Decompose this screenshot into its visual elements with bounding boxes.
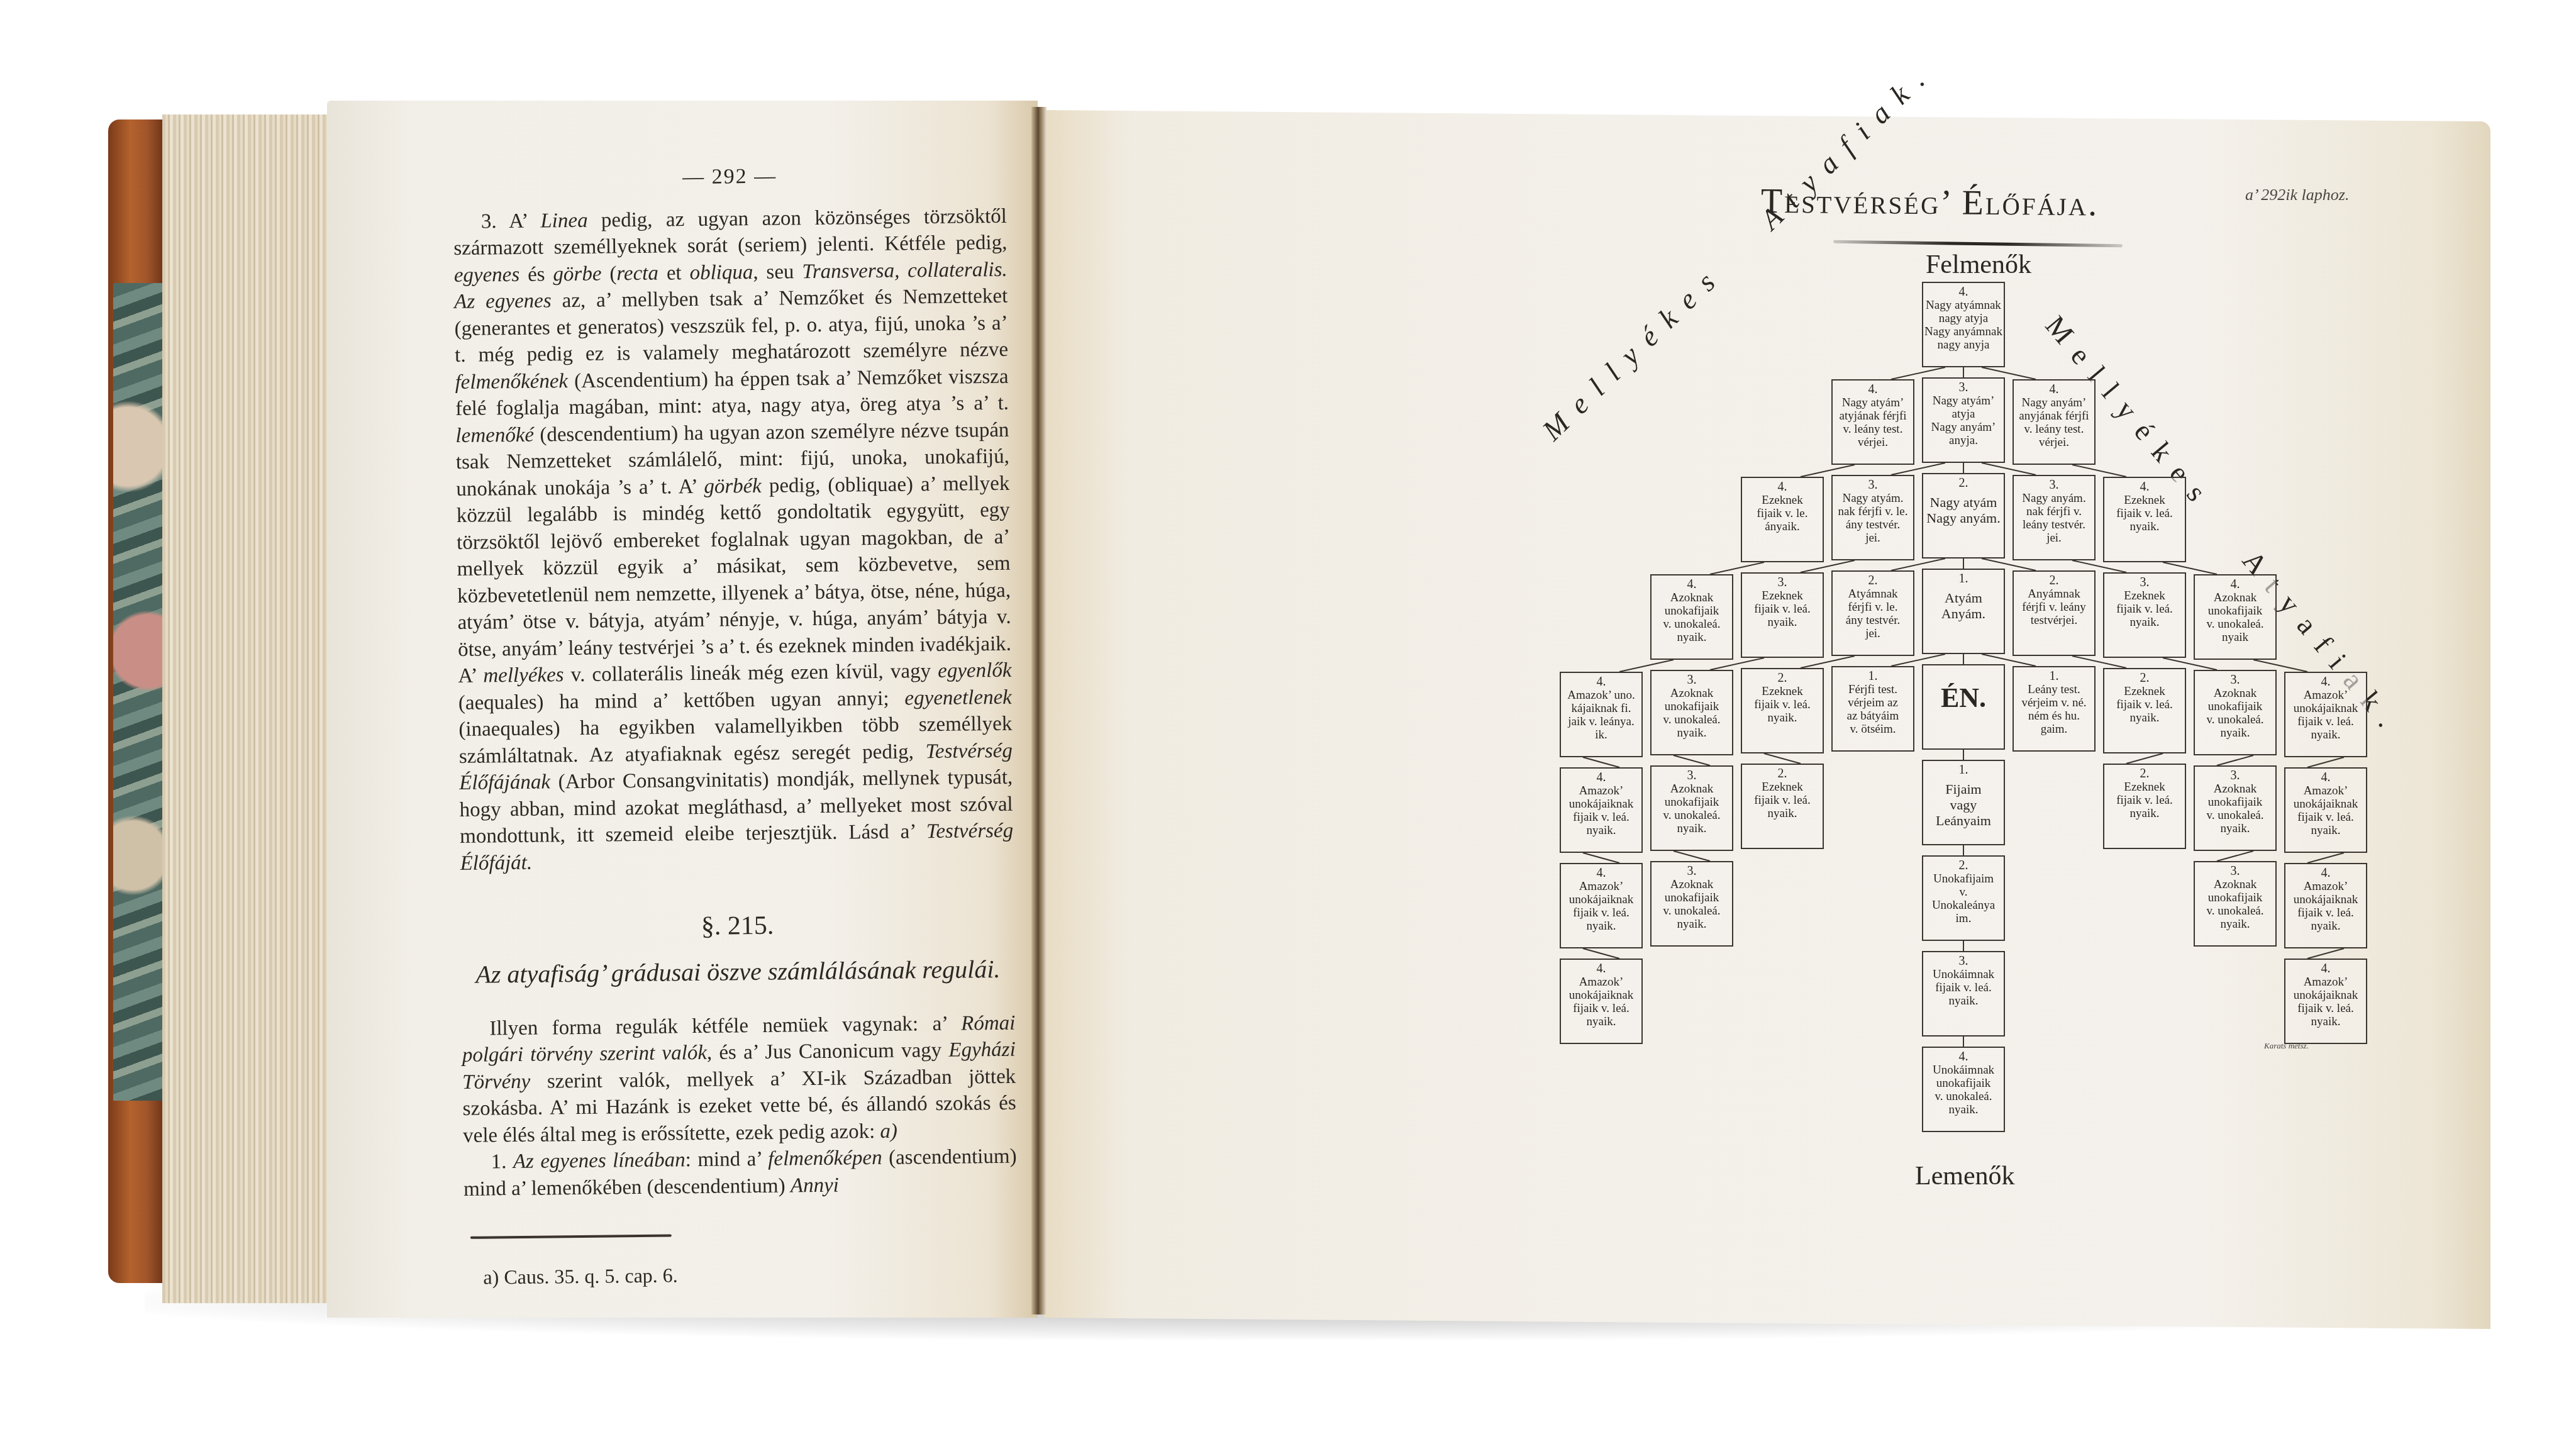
tree-node: 4.Ezeknek fijaik v. leá. nyaik.	[2103, 477, 2186, 562]
tree-node: 3.Nagy anyám. nak férjfi v. leány testvé…	[2012, 475, 2096, 560]
relation-text: Amazok’ unokájaiknak fijaik v. leá. nyai…	[2285, 784, 2366, 837]
tree-connector-lines	[0, 0, 2576, 1434]
tree-node: 4.Amazok’ uno. kájaiknak fi. jaik v. leá…	[1560, 672, 1643, 757]
degree-number: 2.	[1742, 672, 1823, 684]
relation-text: Amazok’ unokájaiknak fijaik v. leá. nyai…	[1561, 784, 1641, 837]
tree-node: 1.Leány test. vérjeim v. né. ném és hu. …	[2012, 666, 2096, 752]
relation-text: Azoknak unokafijaik v. unokaleá. nyaik	[2195, 591, 2275, 644]
tree-node: 4.Azoknak unokafijaik v. unokaleá. nyaik…	[1650, 574, 1733, 660]
tree-node: 4.Nagy atyámnak nagy atyja Nagy anyámnak…	[1922, 282, 2005, 367]
tree-node: 4.Amazok’ unokájaiknak fijaik v. leá. ny…	[2284, 672, 2367, 757]
relation-text: Fijaim vagy Leányaim	[1923, 781, 2004, 828]
degree-number: 4.	[1923, 286, 2004, 298]
degree-number: 3.	[1742, 576, 1823, 589]
relation-text: Nagy anyám’ anyjának férjfi v. leány tes…	[2014, 396, 2094, 449]
tree-node: 4.Ezeknek fijaik v. le. ányaik.	[1741, 477, 1824, 562]
relation-text: Ezeknek fijaik v. leá. nyaik.	[2104, 685, 2185, 725]
degree-number: 3.	[2104, 576, 2185, 589]
degree-number: 4.	[1561, 867, 1641, 879]
degree-number: 2.	[1923, 477, 2004, 489]
degree-number: 1.	[2014, 670, 2094, 682]
relation-text: Azoknak unokafijaik v. unokaleá. nyaik.	[2195, 878, 2275, 931]
relation-text: Ezeknek fijaik v. leá. nyaik.	[2104, 781, 2185, 820]
tree-node: 2.Ezeknek fijaik v. leá. nyaik.	[1741, 764, 1824, 849]
degree-number: 3.	[2195, 769, 2275, 782]
tree-node: 3.Nagy atyám’ atyja Nagy anyám’ anyja.	[1922, 377, 2005, 463]
relation-text: Atyám Anyám.	[1923, 590, 2004, 621]
relation-text: Nagy anyám. nak férjfi v. leány testvér.…	[2014, 492, 2094, 545]
degree-number: 4.	[1833, 383, 1913, 396]
relation-text: Amazok’ unokájaiknak fijaik v. leá. nyai…	[2285, 880, 2366, 933]
degree-number: 3.	[1652, 674, 1732, 686]
relation-text: Azoknak unokafijaik v. unokaleá. nyaik.	[2195, 687, 2275, 740]
relation-text: Ezeknek fijaik v. leá. nyaik.	[1742, 685, 1823, 725]
tree-node: 2.Atyámnak férjfi v. le. ány testvér. je…	[1831, 570, 1914, 656]
degree-number: 4.	[1561, 962, 1641, 975]
degree-number: 4.	[2285, 771, 2366, 784]
degree-number: 2.	[2014, 574, 2094, 587]
degree-number: 3.	[2014, 479, 2094, 491]
degree-number: 3.	[1923, 955, 2004, 967]
degree-number: 3.	[2195, 865, 2275, 877]
degree-number: 2.	[2104, 672, 2185, 684]
degree-number: 1.	[1923, 572, 2004, 585]
relation-text: Nagy atyám’ atyjának férjfi v. leány tes…	[1833, 396, 1913, 449]
tree-node: 2.Ezeknek fijaik v. leá. nyaik.	[1741, 668, 1824, 753]
relation-text: Unokáimnak fijaik v. leá. nyaik.	[1923, 968, 2004, 1008]
degree-number: 3.	[1652, 769, 1732, 782]
tree-node: 4.Amazok’ unokájaiknak fijaik v. leá. ny…	[1560, 767, 1643, 853]
degree-number: 4.	[1652, 578, 1732, 591]
tree-node: 3.Unokáimnak fijaik v. leá. nyaik.	[1922, 951, 2005, 1037]
relation-text: Nagy atyám. nak férjfi v. le. ány testvé…	[1833, 492, 1913, 545]
tree-node: 4.Amazok’ unokájaiknak fijaik v. leá. ny…	[1560, 959, 1643, 1044]
degree-number: 3.	[1923, 381, 2004, 394]
degree-number: 4.	[2104, 481, 2185, 493]
relation-text: Azoknak unokafijaik v. unokaleá. nyaik.	[1652, 782, 1732, 835]
tree-node: 2.Anyámnak férjfi v. leány testvérjei.	[2012, 570, 2096, 656]
tree-node: 4.Amazok’ unokájaiknak fijaik v. leá. ny…	[2284, 959, 2367, 1044]
tree-node: 3.Ezeknek fijaik v. leá. nyaik.	[2103, 572, 2186, 658]
tree-node: 3.Azoknak unokafijaik v. unokaleá. nyaik…	[1650, 861, 1733, 947]
relation-text: Azoknak unokafijaik v. unokaleá. nyaik.	[2195, 782, 2275, 835]
relation-text: Amazok’ unokájaiknak fijaik v. leá. nyai…	[2285, 689, 2366, 742]
tree-node: 4.Nagy atyám’ atyjának férjfi v. leány t…	[1831, 379, 1914, 465]
relation-text: Ezeknek fijaik v. leá. nyaik.	[2104, 589, 2185, 629]
degree-number: 4.	[1742, 481, 1823, 493]
relation-text: Unokáimnak unokafijaik v. unokaleá. nyai…	[1923, 1064, 2004, 1116]
relation-text: Nagy atyámnak nagy atyja Nagy anyámnak n…	[1923, 299, 2004, 352]
degree-number: 4.	[2285, 867, 2366, 879]
tree-node: 4.Amazok’ unokájaiknak fijaik v. leá. ny…	[1560, 863, 1643, 948]
tree-node: 3.Azoknak unokafijaik v. unokaleá. nyaik…	[1650, 670, 1733, 755]
tree-node: 4.Azoknak unokafijaik v. unokaleá. nyaik	[2194, 574, 2277, 660]
degree-number: 2.	[1742, 767, 1823, 780]
degree-number: 2.	[2104, 767, 2185, 780]
relation-text: Azoknak unokafijaik v. unokaleá. nyaik.	[1652, 687, 1732, 740]
relation-text: Amazok’ unokájaiknak fijaik v. leá. nyai…	[1561, 975, 1641, 1028]
relation-text: Unokafijaim v. Unokaleányа im.	[1923, 872, 2004, 925]
degree-number: 1.	[1833, 670, 1913, 682]
relation-text: Amazok’ unokájaiknak fijaik v. leá. nyai…	[2285, 975, 2366, 1028]
relation-text: Atyámnak férjfi v. le. ány testvér. jei.	[1833, 587, 1913, 640]
tree-node: 4.Amazok’ unokájaiknak fijaik v. leá. ny…	[2284, 767, 2367, 853]
tree-node: 3.Ezeknek fijaik v. leá. nyaik.	[1741, 572, 1824, 658]
relation-text: Nagy atyám Nagy anyám.	[1923, 494, 2004, 526]
degree-number: 2.	[1833, 574, 1913, 587]
tree-node: 2.Ezeknek fijaik v. leá. nyaik.	[2103, 764, 2186, 849]
relation-text: Ezeknek fijaik v. le. ányaik.	[1742, 494, 1823, 533]
tree-node: 1.Atyám Anyám.	[1922, 569, 2005, 654]
tree-node: 4.Amazok’ unokájaiknak fijaik v. leá. ny…	[2284, 863, 2367, 948]
relation-text: Anyámnak férjfi v. leány testvérjei.	[2014, 587, 2094, 627]
relation-text: Ezeknek fijaik v. leá. nyaik.	[1742, 589, 1823, 629]
relation-text: Azoknak unokafijaik v. unokaleá. nyaik.	[1652, 878, 1732, 931]
degree-number: 1.	[1923, 764, 2004, 776]
tree-node: 3.Azoknak unokafijaik v. unokaleá. nyaik…	[2194, 861, 2277, 947]
relation-text: Ezeknek fijaik v. leá. nyaik.	[1742, 781, 1823, 820]
tree-node: 3.Azoknak unokafijaik v. unokaleá. nyaik…	[2194, 670, 2277, 755]
relation-text: ÉN.	[1923, 684, 2004, 712]
relation-text: Ezeknek fijaik v. leá. nyaik.	[2104, 494, 2185, 533]
degree-number: 2.	[1923, 859, 2004, 872]
tree-node: 4.Unokáimnak unokafijaik v. unokaleá. ny…	[1922, 1047, 2005, 1132]
degree-number: 4.	[2285, 675, 2366, 688]
degree-number: 4.	[2195, 578, 2275, 591]
tree-node: 2.Nagy atyám Nagy anyám.	[1922, 473, 2005, 559]
tree-node: 1.Fijaim vagy Leányaim	[1922, 760, 2005, 845]
tree-node: 4.Nagy anyám’ anyjának férjfi v. leány t…	[2012, 379, 2096, 465]
relation-text: Leány test. vérjeim v. né. ném és hu. ga…	[2014, 683, 2094, 736]
relation-text: Azoknak unokafijaik v. unokaleá. nyaik.	[1652, 591, 1732, 644]
relation-text: Nagy atyám’ atyja Nagy anyám’ anyja.	[1923, 394, 2004, 447]
tree-node: 3.Nagy atyám. nak férjfi v. le. ány test…	[1831, 475, 1914, 560]
degree-number: 4.	[1923, 1050, 2004, 1063]
degree-number: 4.	[1561, 675, 1641, 688]
degree-number: 4.	[2014, 383, 2094, 396]
tree-node: 2.Ezeknek fijaik v. leá. nyaik.	[2103, 668, 2186, 753]
degree-number: 4.	[2285, 962, 2366, 975]
tree-node: 1.Férjfi test. vérjeim az az bátyáim v. …	[1831, 666, 1914, 752]
degree-number: 3.	[1652, 865, 1732, 877]
tree-node: 3.Azoknak unokafijaik v. unokaleá. nyaik…	[2194, 765, 2277, 851]
tree-node-self: ÉN.	[1922, 664, 2005, 750]
degree-number: 3.	[1833, 479, 1913, 491]
tree-node: 3.Azoknak unokafijaik v. unokaleá. nyaik…	[1650, 765, 1733, 851]
consanguinity-tree: 4.Nagy atyámnak nagy atyja Nagy anyámnak…	[0, 0, 2576, 1434]
tree-node: 2.Unokafijaim v. Unokaleányа im.	[1922, 855, 2005, 941]
degree-number: 4.	[1561, 771, 1641, 784]
relation-text: Amazok’ uno. kájaiknak fi. jaik v. leány…	[1561, 689, 1641, 742]
relation-text: Férjfi test. vérjeim az az bátyáim v. öt…	[1833, 683, 1913, 736]
relation-text: Amazok’ unokájaiknak fijaik v. leá. nyai…	[1561, 880, 1641, 933]
degree-number: 3.	[2195, 674, 2275, 686]
